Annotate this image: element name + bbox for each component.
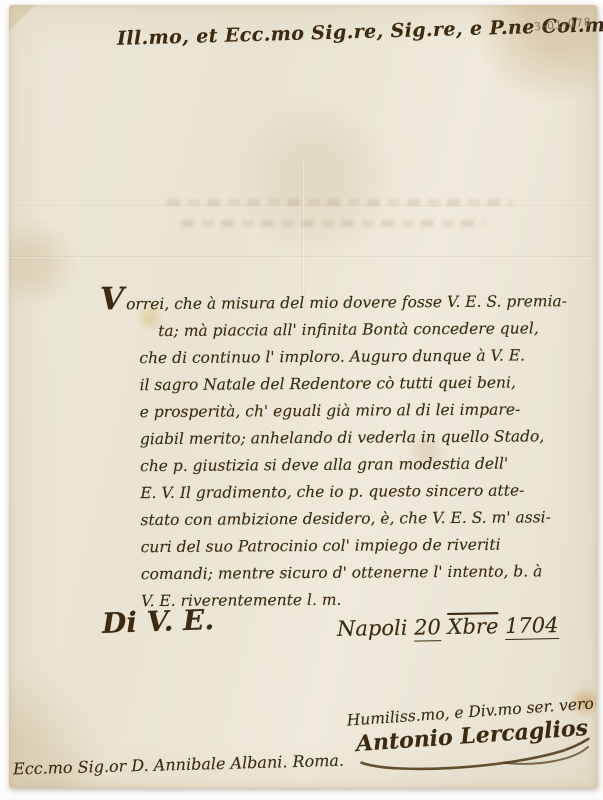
closing-formula: Di V. E. xyxy=(101,603,214,640)
signature-block: Humiliss.mo, e Div.mo ser. vero Antonio … xyxy=(339,694,603,780)
recipient-address-line: Ecc.mo Sig.or D. Annibale Albani. Roma. xyxy=(13,751,348,779)
body-line: stato con ambizione desidero, è, che V. … xyxy=(9,504,597,535)
dateline: Napoli 20 Xbre 1704 xyxy=(337,613,559,641)
showthrough-row xyxy=(167,199,512,206)
paper-corner-fold xyxy=(9,5,35,31)
body-line: E. V. Il gradimento, che io p. questo si… xyxy=(9,477,597,508)
body-line: Vorrei, che à misura del mio dovere foss… xyxy=(8,283,596,319)
body-line: V. E. riverentemente l. m. xyxy=(10,585,598,616)
dateline-month: Xbre xyxy=(447,614,498,639)
dateline-year: 1704 xyxy=(505,613,559,640)
body-line: che di continuo l' imploro. Auguro dunqu… xyxy=(8,342,596,373)
dateline-day: 20 xyxy=(414,615,441,641)
letter-paper-sheet: Ill.mo, et Ecc.mo Sig.re, Sig.re, e P.ne… xyxy=(9,5,597,788)
body-line: giabil merito; anhelando di vederla in q… xyxy=(9,423,597,454)
showthrough-row xyxy=(181,220,485,227)
body-line: che p. giustizia si deve alla gran modes… xyxy=(9,450,597,481)
salutation-line: Ill.mo, et Ecc.mo Sig.re, Sig.re, e P.ne… xyxy=(117,16,532,50)
body-line: e prosperità, ch' eguali già miro al di … xyxy=(9,396,597,427)
body-line: il sagro Natale del Redentore cò tutti q… xyxy=(8,369,596,400)
dateline-place: Napoli xyxy=(337,616,408,641)
body-line: comandi; mentre sicuro d' ottenerne l' i… xyxy=(10,558,598,589)
body-line: ta; mà piaccia all' infinita Bontà conce… xyxy=(8,315,596,346)
ink-showthrough xyxy=(167,199,512,241)
body-line: curi del suo Patrocinio col' impiego de … xyxy=(10,531,598,562)
letter-body: Vorrei, che à misura del mio dovere foss… xyxy=(8,283,598,616)
